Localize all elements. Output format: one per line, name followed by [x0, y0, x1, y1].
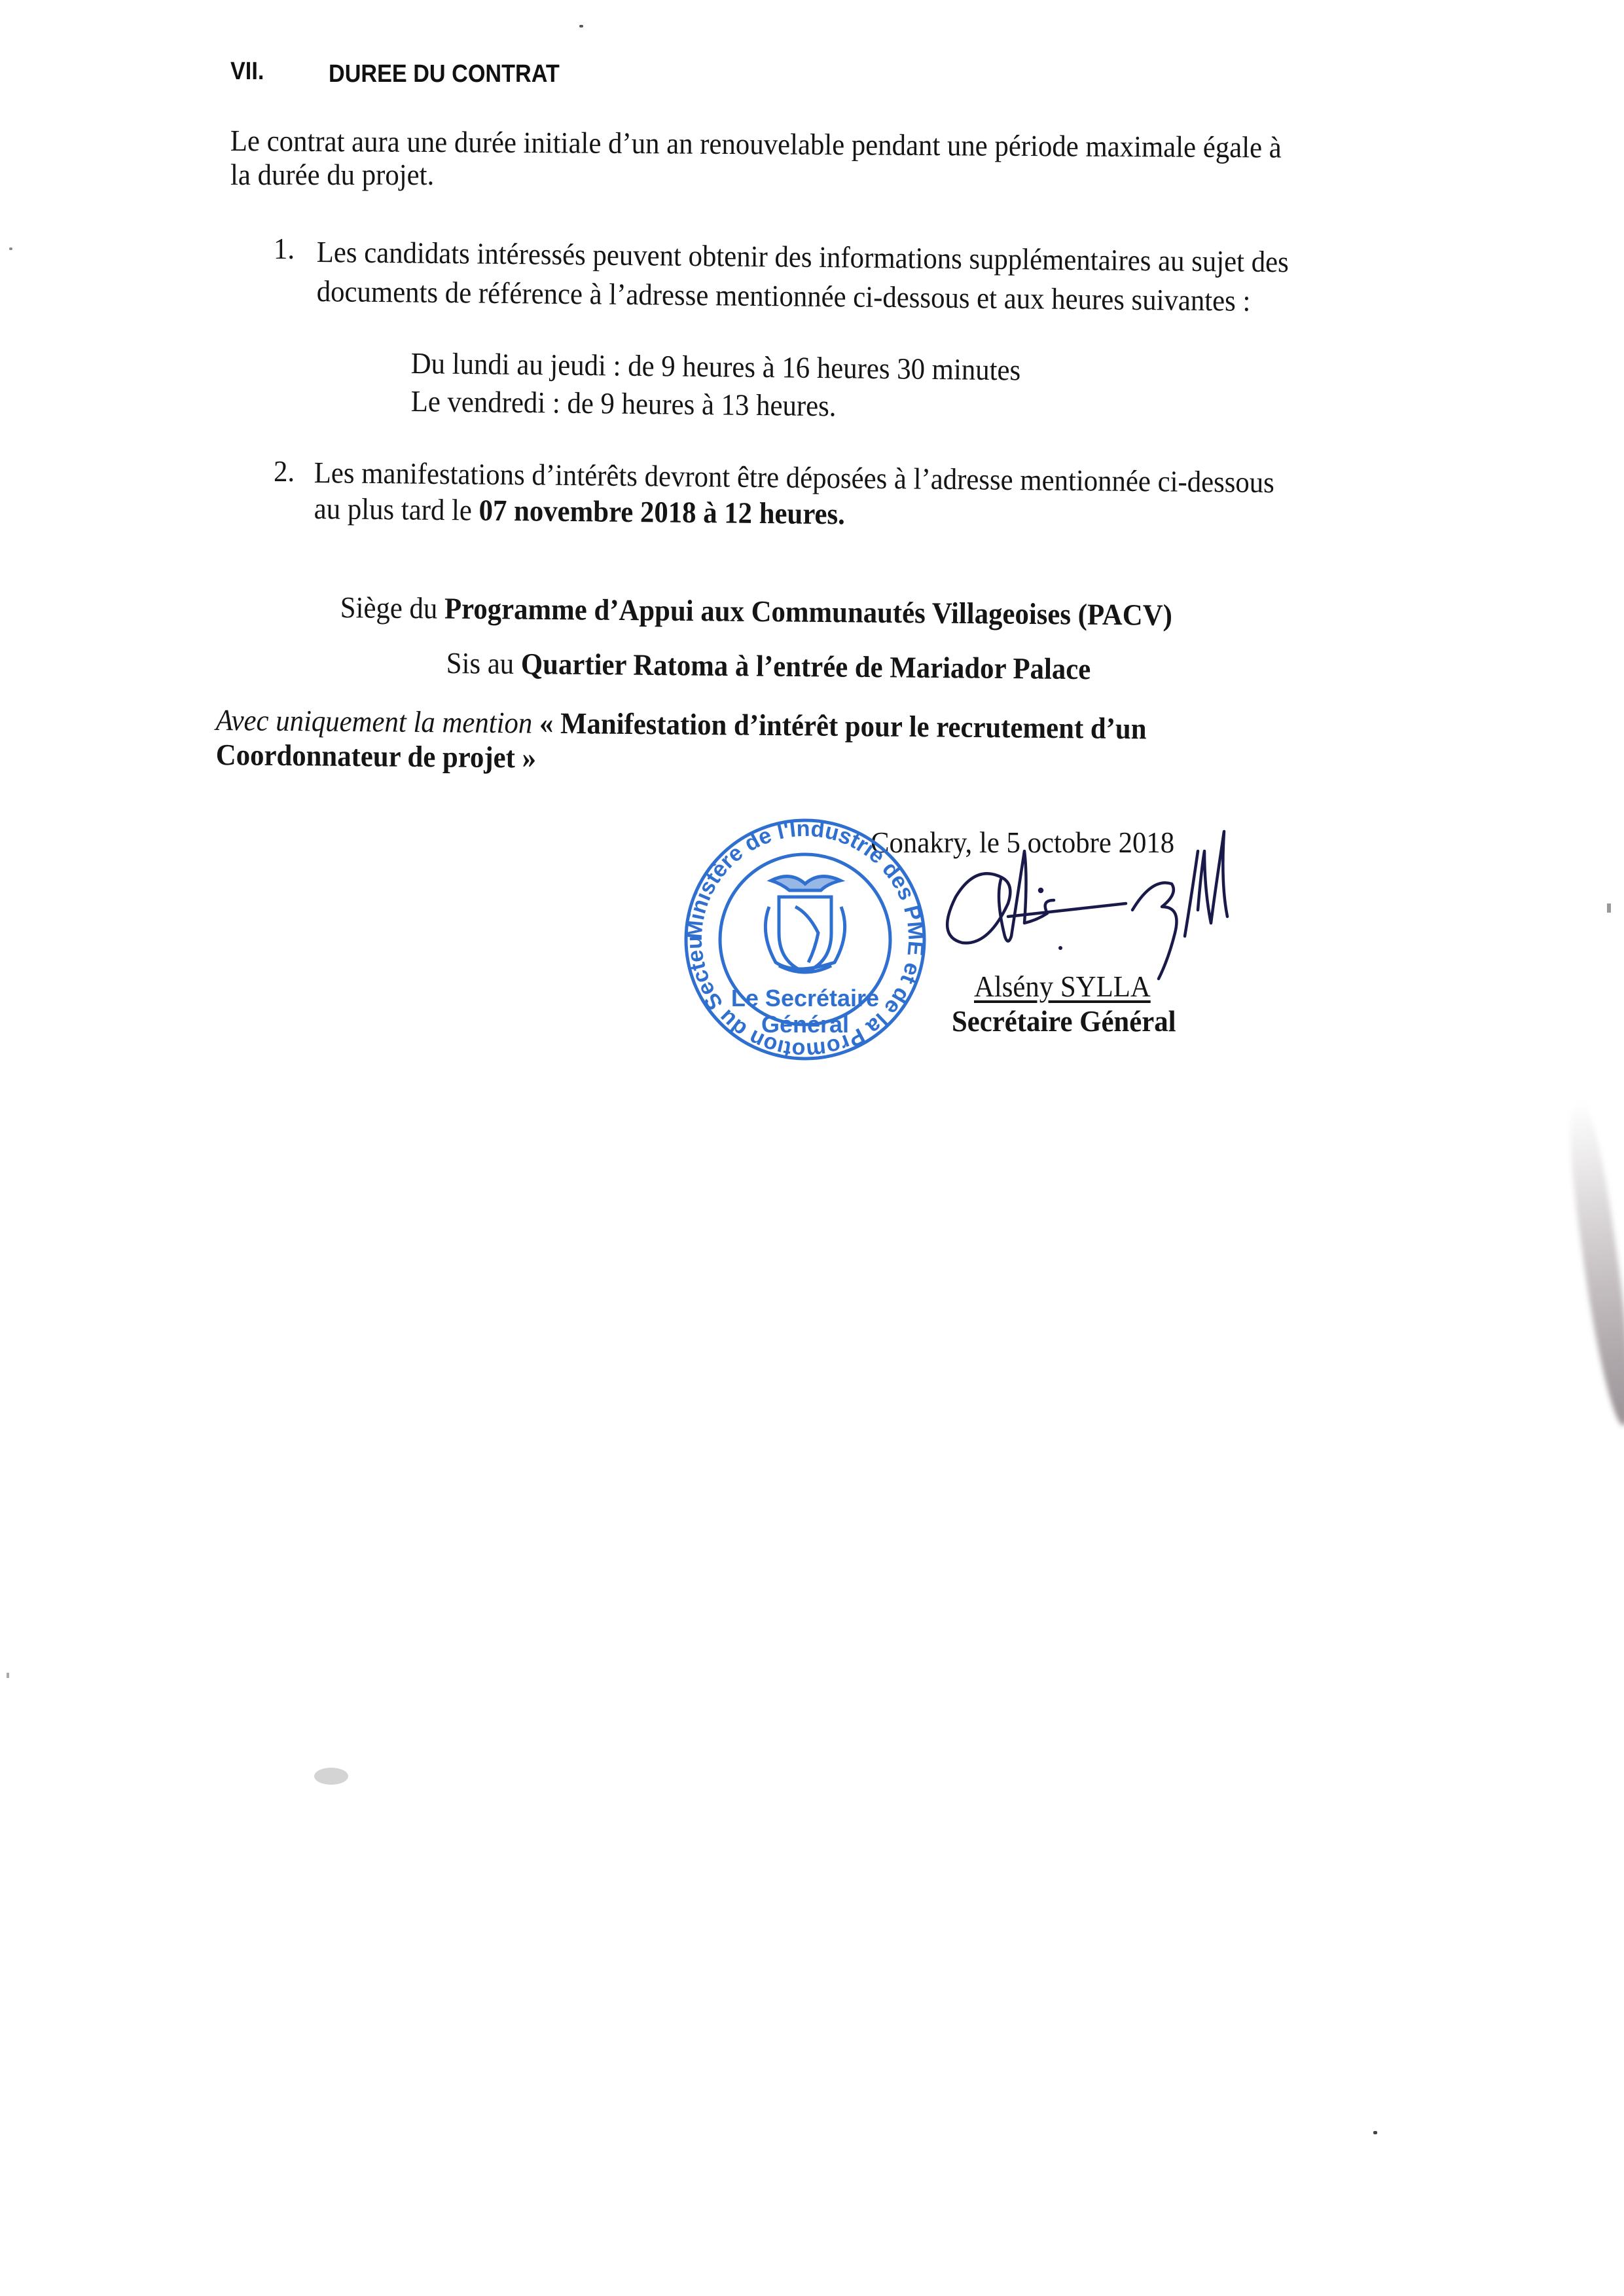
item-1-line-1: Les candidats intéressés peuvent obtenir…	[317, 236, 1289, 278]
address-location: Quartier Ratoma à l’entrée de Mariador P…	[521, 647, 1091, 685]
address-prefix-1: Siège du	[340, 591, 445, 625]
item-2-line-2: au plus tard le 07 novembre 2018 à 12 he…	[314, 492, 846, 530]
hours-weekdays: Du lundi au jeudi : de 9 heures à 16 heu…	[411, 347, 1021, 386]
scan-speck	[9, 247, 12, 250]
address-line-2: Sis au Quartier Ratoma à l’entrée de Mar…	[446, 647, 1091, 685]
section-number: VII.	[230, 58, 264, 86]
item-1-line-2: documents de référence à l’adresse menti…	[317, 275, 1251, 318]
signatory-title: Secrétaire Général	[952, 1005, 1176, 1038]
handwritten-signature	[929, 818, 1283, 989]
signatory-name: Alsény SYLLA	[974, 970, 1151, 1003]
item-2-deadline: 07 novembre 2018 à 12 heures.	[478, 494, 845, 531]
program-name: Programme d’Appui aux Communautés Villag…	[444, 591, 1172, 631]
mention-subject-2: Coordonnateur de projet »	[216, 738, 537, 774]
scan-speck	[7, 1673, 9, 1678]
scan-speck	[1373, 2131, 1377, 2134]
hours-friday: Le vendredi : de 9 heures à 13 heures.	[411, 385, 837, 422]
scan-smudge	[314, 1768, 348, 1785]
stamp-inner-line-1: Le Secrétaire	[731, 985, 879, 1011]
scan-speck	[1607, 903, 1611, 913]
stamp-inner-line-2: Général	[761, 1011, 849, 1038]
mention-subject-1: « Manifestation d’intérêt pour le recrut…	[539, 706, 1147, 746]
scan-edge-smudge	[1561, 1099, 1624, 1428]
item-1-number: 1.	[274, 232, 295, 265]
coat-of-arms-icon	[765, 877, 844, 972]
item-2-deadline-prefix: au plus tard le	[314, 492, 479, 527]
address-prefix-2: Sis au	[446, 646, 522, 680]
item-2-number: 2.	[274, 455, 295, 488]
section-title: DUREE DU CONTRAT	[329, 60, 560, 88]
intro-line-2: la durée du projet.	[230, 158, 434, 191]
scan-speck	[579, 25, 583, 27]
official-stamp: Ministère de l'Industrie des PME et de l…	[681, 815, 929, 1064]
address-line-1: Siège du Programme d’Appui aux Communaut…	[340, 591, 1172, 632]
mention-intro: Avec uniquement la mention	[216, 703, 540, 740]
mention-line-2: Coordonnateur de projet »	[216, 738, 537, 774]
